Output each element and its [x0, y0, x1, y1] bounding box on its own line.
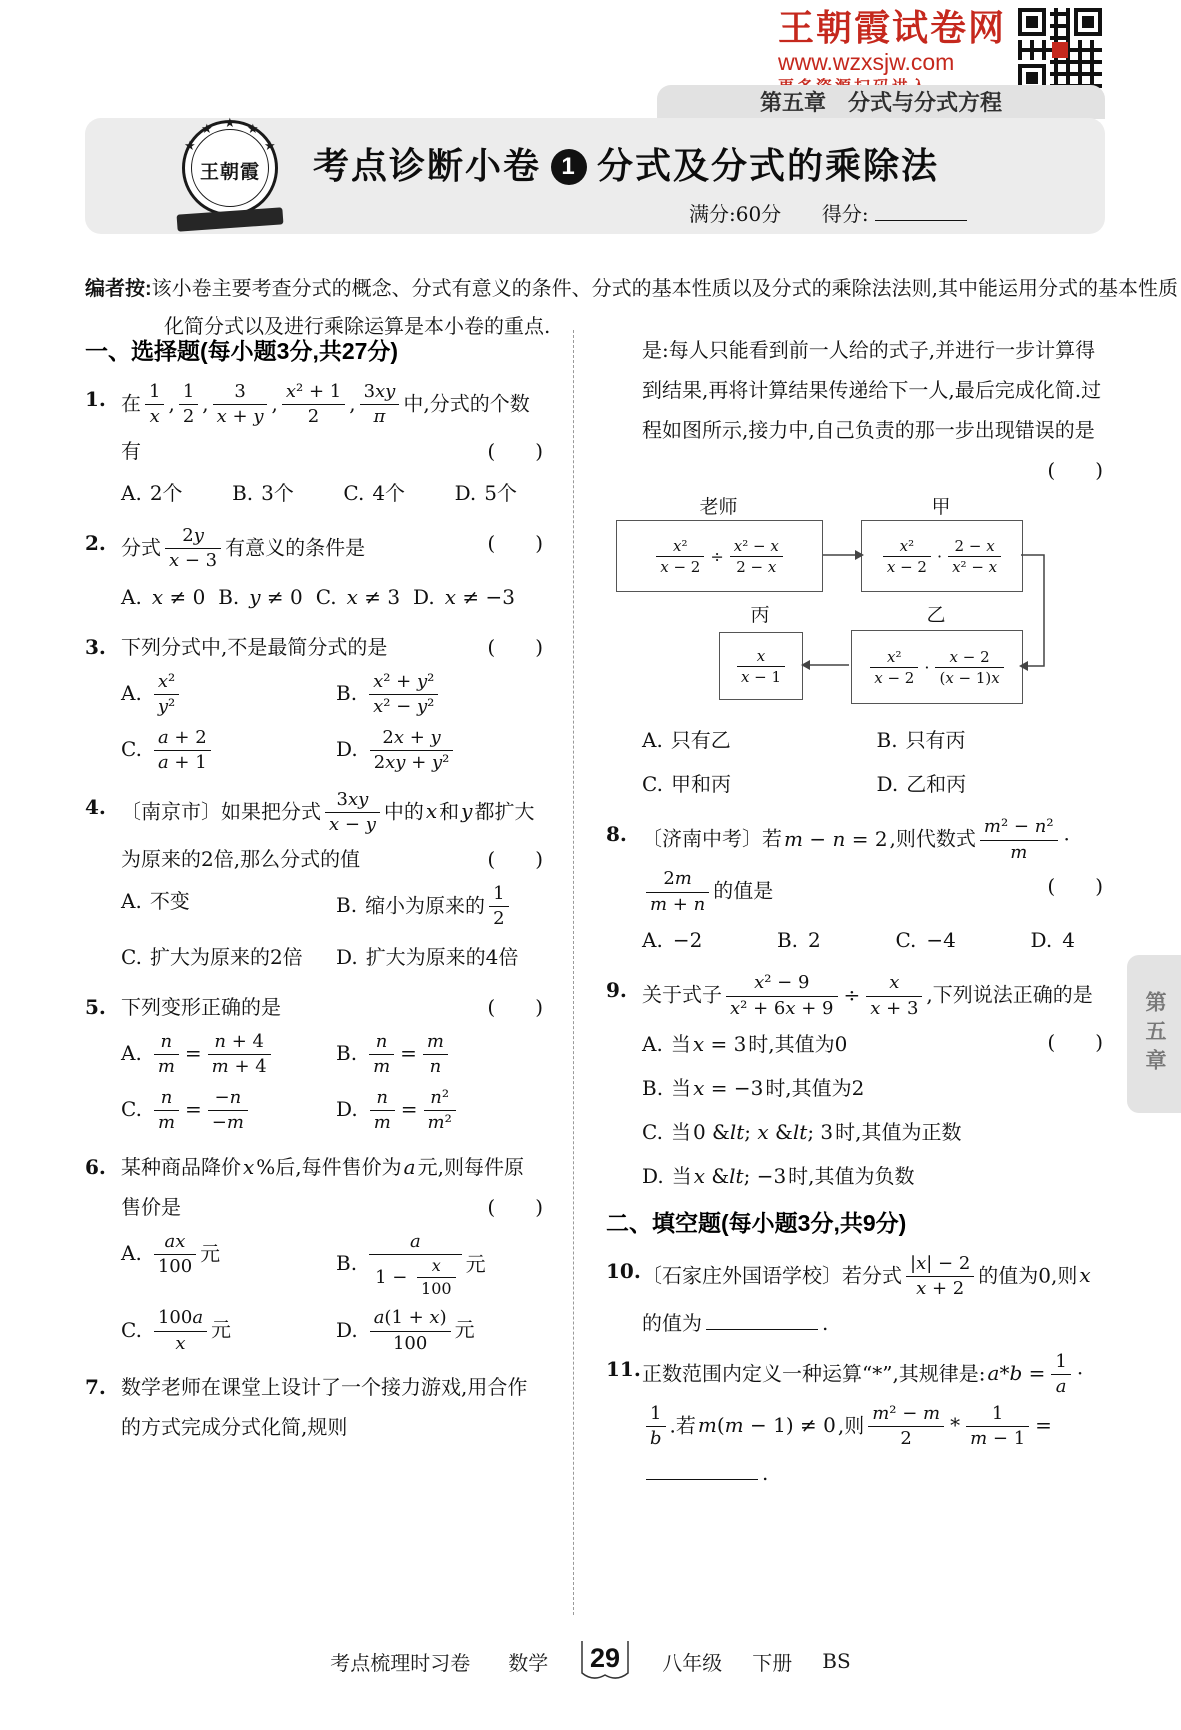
math-run: x — [1079, 1263, 1090, 1287]
question-number: 9. — [606, 970, 642, 1200]
score-blank — [875, 218, 967, 221]
fraction-numerator: 3xy — [325, 789, 380, 814]
site-name: 王朝霞试卷网 — [778, 8, 1006, 48]
text-run: 是:每人只能看到前一人给的式子,并进行一步计算得到结果,再将计算结果传递给下一人… — [642, 338, 1101, 442]
text-run: , — [168, 391, 174, 415]
text-run: 2个 — [150, 481, 183, 505]
question-body: 下列变形正确的是( )A.nm=n + 4m + 4B.nm=mnC.nm=−n… — [121, 987, 543, 1141]
fraction-denominator: x — [154, 1332, 207, 1356]
text-run: 元 — [211, 1318, 231, 1342]
text-run: 只有乙 — [671, 728, 731, 752]
option: B.a1 − x100元 — [336, 1229, 543, 1302]
option: D.a(1 + x)100元 — [336, 1305, 543, 1357]
option: B.x² + y²x² − y² — [336, 669, 543, 721]
side-chapter-label: 第五章 — [1139, 991, 1169, 1078]
badge-ribbon — [177, 207, 284, 231]
fraction-numerator: x — [417, 1256, 456, 1278]
math-run: x ≠ −3 — [445, 585, 515, 609]
math-run: 1 − — [375, 1267, 413, 1288]
text-run: 只有丙 — [906, 728, 966, 752]
option: A.x ≠ 0 — [121, 577, 207, 617]
math-run: * — [950, 1413, 960, 1437]
text-run: 有意义的条件是 — [225, 535, 365, 559]
options: A.ax100元B.a1 − x100元C.100ax元D.a(1 + x)10… — [121, 1229, 543, 1358]
text-run: 时,其值为负数 — [788, 1164, 914, 1188]
fraction-denominator: 100 — [154, 1255, 196, 1279]
question-number: 8. — [606, 814, 642, 964]
fraction: ax100 — [154, 1231, 196, 1279]
option: A.x²y² — [121, 669, 328, 721]
text-run: 当 — [671, 1076, 691, 1100]
fraction-numerator: n + 4 — [208, 1031, 271, 1056]
option-label: C. — [121, 737, 142, 761]
option: C.nm=−n−m — [121, 1085, 328, 1137]
question-body: 数学老师在课堂上设计了一个接力游戏,用合作的方式完成分式化简,规则 — [121, 1367, 543, 1447]
question: 6.某种商品降价x%后,每件售价为a元,则每件原售价是( )A.ax100元B.… — [85, 1147, 543, 1362]
fraction-denominator: 100 — [370, 1332, 451, 1356]
option-label: B. — [218, 585, 239, 609]
fraction-numerator: 1 — [179, 381, 198, 406]
option: D.当x &lt; −3时,其值为负数 — [642, 1156, 1039, 1196]
text-run: %后,每件售价为 — [256, 1155, 401, 1179]
option: D.nm=n²m² — [336, 1085, 543, 1137]
answer-blank — [706, 1327, 818, 1330]
text-run: , — [349, 391, 355, 415]
option-label: D. — [336, 1097, 358, 1121]
math-run: y ≠ 0 — [249, 585, 303, 609]
fraction: mn — [423, 1031, 448, 1079]
question: 7.数学老师在课堂上设计了一个接力游戏,用合作的方式完成分式化简,规则 — [85, 1367, 543, 1447]
question-stem: 正数范围内定义一种运算“*”,其规律是:a*b =1a·1b.若m(m − 1)… — [642, 1349, 1103, 1493]
option: C.甲和丙 — [642, 764, 869, 804]
question-body: 关于式子x² − 9x² + 6x + 9÷xx + 3,下列说法正确的是( )… — [642, 970, 1103, 1200]
answer-paren: ( ) — [487, 523, 543, 563]
page-title: 考点诊断小卷1分式及分式的乘除法 — [313, 138, 939, 189]
options: A.x ≠ 0B.y ≠ 0C.x ≠ 3D.x ≠ −3 — [121, 577, 543, 617]
fraction-numerator: −n — [208, 1087, 248, 1112]
fraction-numerator: 100a — [154, 1307, 207, 1332]
qr-code-icon — [1018, 8, 1102, 92]
circled-number-icon: 1 — [551, 149, 587, 185]
section-heading: 二、填空题(每小题3分,共9分) — [606, 1206, 1103, 1241]
fraction-numerator: a + 2 — [154, 727, 211, 752]
options: A.只有乙B.只有丙C.甲和丙D.乙和丙 — [642, 720, 1103, 804]
fraction-denominator: m — [980, 841, 1058, 865]
question-number: 4. — [85, 787, 121, 981]
question-stem: 是:每人只能看到前一人给的式子,并进行一步计算得到结果,再将计算结果传递给下一人… — [642, 330, 1103, 450]
fraction-denominator: m + 4 — [208, 1055, 271, 1079]
question-number: 6. — [85, 1147, 121, 1362]
footer-grade: 八年级 — [662, 1647, 722, 1676]
option: A.−2 — [642, 920, 704, 960]
fraction: m² − m2 — [868, 1403, 944, 1451]
option-label: B. — [336, 681, 357, 705]
options: A.x²y²B.x² + y²x² − y²C.a + 2a + 1D.2x +… — [121, 669, 543, 777]
option-label: A. — [121, 1041, 142, 1065]
answer-paren: ( ) — [1047, 866, 1103, 906]
badge-circle-icon: ★ ★ ★ ★ ★ 王朝霞 — [182, 120, 278, 216]
text-run: .若 — [670, 1413, 696, 1437]
fraction: x² + y²x² − y² — [369, 671, 438, 719]
page-number: 29 — [590, 1643, 620, 1673]
fraction: 100ax — [154, 1307, 207, 1355]
fraction-denominator: x + y — [213, 405, 268, 429]
fraction: x²y² — [154, 671, 179, 719]
fraction-numerator: 2x + y — [370, 727, 454, 752]
fraction-numerator: 1 — [1051, 1351, 1070, 1376]
text-run: 和 — [439, 799, 459, 823]
text-run: 扩大为原来的2倍 — [150, 945, 303, 969]
question-number — [606, 718, 642, 808]
question-body: 下列分式中,不是最简分式的是( )A.x²y²B.x² + y²x² − y²C… — [121, 627, 543, 781]
fraction: x² + 12 — [282, 381, 345, 429]
question-stem: 下列分式中,不是最简分式的是( ) — [121, 627, 543, 667]
fraction-numerator: n — [154, 1031, 179, 1056]
paper-header: ★ ★ ★ ★ ★ 王朝霞 考点诊断小卷1分式及分式的乘除法 满分:60分 得分… — [85, 118, 1105, 234]
fraction-denominator: x — [145, 405, 164, 429]
fraction-numerator: 1 — [646, 1403, 666, 1428]
math-run: −2 — [673, 928, 702, 952]
footer-volume: 下册 — [752, 1647, 792, 1676]
question-number: 1. — [85, 379, 121, 517]
option-label: A. — [642, 1032, 663, 1056]
fraction: nm — [154, 1087, 179, 1135]
math-run: · — [1077, 1361, 1083, 1385]
site-url: www.wzxsjw.com — [778, 50, 954, 76]
text-run: 的值为 — [642, 1311, 702, 1335]
fraction-denominator: n — [423, 1055, 448, 1079]
question-continuation: 是:每人只能看到前一人给的式子,并进行一步计算得到结果,再将计算结果传递给下一人… — [606, 330, 1103, 490]
fraction: 2yx − 3 — [165, 525, 221, 573]
fraction-numerator: 1 — [966, 1403, 1029, 1428]
option-label: B. — [777, 928, 798, 952]
fraction-numerator: 2y — [165, 525, 221, 550]
text-run: 时,其值为正数 — [835, 1120, 961, 1144]
fraction-denominator: 2 — [179, 405, 198, 429]
fraction: a1 − x100 — [369, 1231, 462, 1300]
math-run: 0 &lt; x &lt; 3 — [693, 1120, 833, 1144]
fraction-denominator: x² + 6x + 9 — [726, 997, 838, 1021]
question: 9.关于式子x² − 9x² + 6x + 9÷xx + 3,下列说法正确的是(… — [606, 970, 1103, 1200]
fraction: x² − 9x² + 6x + 9 — [726, 972, 838, 1020]
question-body: 某种商品降价x%后,每件售价为a元,则每件原售价是( )A.ax100元B.a1… — [121, 1147, 543, 1362]
option-label: A. — [121, 481, 142, 505]
fraction: 3xyx − y — [325, 789, 380, 837]
option-label: B. — [877, 728, 898, 752]
question-stem: 〔南京市〕如果把分式3xyx − y中的x和y都扩大为原来的2倍,那么分式的值(… — [121, 787, 543, 879]
fraction-denominator: a — [1051, 1375, 1070, 1399]
option-label: B. — [336, 893, 357, 917]
text-run: 正数范围内定义一种运算“*”,其规律是: — [642, 1361, 986, 1385]
option: C.当0 &lt; x &lt; 3时,其值为正数 — [642, 1112, 1039, 1152]
option: D.4 — [1031, 920, 1077, 960]
question-stem: 下列变形正确的是( ) — [121, 987, 543, 1027]
question-body: 〔石家庄外国语学校〕若分式|x| − 2x + 2的值为0,则x的值为. — [642, 1251, 1103, 1343]
question-stem: 关于式子x² − 9x² + 6x + 9÷xx + 3,下列说法正确的是( ) — [642, 970, 1103, 1022]
option: C.a + 2a + 1 — [121, 725, 328, 777]
question-number: 3. — [85, 627, 121, 781]
fraction: nm — [370, 1087, 395, 1135]
title-main: 分式及分式的乘除法 — [597, 145, 939, 186]
text-run: 下列分式中,不是最简分式的是 — [121, 635, 387, 659]
site-banner: 王朝霞试卷网 www.wzxsjw.com 更多资源扫码进入 → — [778, 8, 1102, 97]
math-run: x — [243, 1155, 254, 1179]
question: 5.下列变形正确的是( )A.nm=n + 4m + 4B.nm=mnC.nm=… — [85, 987, 543, 1141]
fraction-numerator: 1 — [489, 883, 508, 908]
text-run: 的值为0,则 — [978, 1263, 1077, 1287]
fraction-numerator: m² − m — [868, 1403, 944, 1428]
option: B.当x = −3时,其值为2 — [642, 1068, 1039, 1108]
footer-series: 考点梳理时习卷 — [330, 1647, 470, 1676]
fraction-denominator: 2 — [868, 1427, 944, 1451]
fraction-numerator: ax — [154, 1231, 196, 1256]
fraction-denominator: m² — [424, 1111, 456, 1135]
question: 10.〔石家庄外国语学校〕若分式|x| − 2x + 2的值为0,则x的值为. — [606, 1251, 1103, 1343]
math-run: = — [185, 1097, 202, 1121]
fraction: nm — [369, 1031, 394, 1079]
fraction-denominator: 100 — [417, 1278, 456, 1299]
fraction: 1b — [646, 1403, 666, 1451]
fraction-numerator: m² − n² — [980, 816, 1058, 841]
question-stem: 〔济南中考〕若m − n = 2,则代数式m² − n²m·2mm + n的值是… — [642, 814, 1103, 918]
math-run: m − n = 2 — [784, 827, 888, 851]
answer-paren: ( ) — [487, 1187, 543, 1227]
option-label: C. — [316, 585, 337, 609]
text-run: 关于式子 — [642, 983, 722, 1007]
fraction-denominator: m + n — [646, 893, 709, 917]
math-run: = — [400, 1041, 417, 1065]
fraction-denominator: x + 3 — [866, 997, 922, 1021]
fraction-numerator: m — [423, 1031, 448, 1056]
option: A.只有乙 — [642, 720, 869, 760]
option-label: A. — [642, 928, 663, 952]
math-run: −4 — [926, 928, 955, 952]
option-label: B. — [336, 1251, 357, 1275]
fraction-numerator: a(1 + x) — [370, 1307, 451, 1332]
option-label: D. — [877, 772, 899, 796]
fraction-denominator: π — [360, 405, 400, 429]
math-run: 4 — [1062, 928, 1075, 952]
math-run: = — [401, 1097, 418, 1121]
option-label: A. — [121, 889, 142, 913]
answer-paren: ( ) — [1047, 1022, 1103, 1062]
option: B.y ≠ 0 — [218, 577, 305, 617]
question: 4.〔南京市〕如果把分式3xyx − y中的x和y都扩大为原来的2倍,那么分式的… — [85, 787, 543, 981]
math-run: = — [185, 1041, 202, 1065]
option: C.4个 — [343, 473, 405, 513]
text-run: 下列变形正确的是 — [121, 995, 281, 1019]
option: A.不变 — [121, 881, 328, 933]
badge-name: 王朝霞 — [185, 157, 275, 184]
text-run: 元 — [200, 1241, 220, 1265]
option-label: C. — [642, 772, 663, 796]
brand-badge: ★ ★ ★ ★ ★ 王朝霞 — [180, 120, 280, 232]
option-label: D. — [336, 945, 358, 969]
text-run: 〔南京市〕如果把分式 — [121, 799, 321, 823]
section-heading: 一、选择题(每小题3分,共27分) — [85, 334, 543, 369]
options: A.不变B.缩小为原来的12C.扩大为原来的2倍D.扩大为原来的4倍 — [121, 881, 543, 977]
option-label: C. — [895, 928, 916, 952]
fraction-denominator: −m — [208, 1111, 248, 1135]
fraction-denominator: x − y — [325, 813, 380, 837]
math-run: x ≠ 3 — [347, 585, 400, 609]
fraction-numerator: n² — [424, 1087, 456, 1112]
text-run: 在 — [121, 391, 141, 415]
option: B.缩小为原来的12 — [336, 881, 543, 933]
question-number: 2. — [85, 523, 121, 621]
option-label: C. — [642, 1120, 663, 1144]
fraction-numerator: 3xy — [360, 381, 400, 406]
math-run: 2 — [808, 928, 821, 952]
fraction-numerator: a — [369, 1231, 462, 1256]
fraction-numerator: n — [370, 1087, 395, 1112]
math-run: x &lt; −3 — [694, 1164, 786, 1188]
question-stem: 〔石家庄外国语学校〕若分式|x| − 2x + 2的值为0,则x的值为. — [642, 1251, 1103, 1343]
page-number-book-icon: 29 — [578, 1638, 632, 1684]
option: A.2个 — [121, 473, 183, 513]
option: C.−4 — [895, 920, 957, 960]
math-run: x — [426, 799, 437, 823]
fraction-numerator: x² + 1 — [282, 381, 345, 406]
text-run: . — [762, 1461, 768, 1485]
option-label: D. — [336, 737, 358, 761]
fraction: |x| − 2x + 2 — [906, 1253, 974, 1301]
math-run: y — [461, 799, 472, 823]
fraction-numerator: 2m — [646, 868, 709, 893]
option: C.x ≠ 3 — [316, 577, 402, 617]
fraction: m² − n²m — [980, 816, 1058, 864]
footer-subject: 数学 — [508, 1647, 548, 1676]
question-body: A.只有乙B.只有丙C.甲和丙D.乙和丙 — [642, 718, 1103, 808]
question: 2.分式2yx − 3有意义的条件是( )A.x ≠ 0B.y ≠ 0C.x ≠… — [85, 523, 543, 621]
math-run: · — [1064, 827, 1070, 851]
question-body: 〔南京市〕如果把分式3xyx − y中的x和y都扩大为原来的2倍,那么分式的值(… — [121, 787, 543, 981]
option-label: D. — [336, 1318, 358, 1342]
question: 11.正数范围内定义一种运算“*”,其规律是:a*b =1a·1b.若m(m −… — [606, 1349, 1103, 1493]
option: D.2x + y2xy + y² — [336, 725, 543, 777]
question: 1.在1x,12,3x + y,x² + 12,3xyπ中,分式的个数有( )A… — [85, 379, 543, 517]
fraction: 3xyπ — [360, 381, 400, 429]
math-run: x = 3 — [693, 1032, 746, 1056]
fraction-denominator: a + 1 — [154, 751, 211, 775]
fraction: 2mm + n — [646, 868, 709, 916]
fraction: nm — [154, 1031, 179, 1079]
text-run: 当 — [671, 1032, 691, 1056]
option-label: B. — [642, 1076, 663, 1100]
option-label: A. — [121, 585, 142, 609]
option-label: D. — [455, 481, 477, 505]
footer-edition: BS — [822, 1649, 850, 1673]
question-body: 正数范围内定义一种运算“*”,其规律是:a*b =1a·1b.若m(m − 1)… — [642, 1349, 1103, 1493]
right-column: 是:每人只能看到前一人给的式子,并进行一步计算得到结果,再将计算结果传递给下一人… — [606, 330, 1103, 1615]
text-run: ,下列说法正确的是 — [926, 983, 1092, 1007]
question-stem: 数学老师在课堂上设计了一个接力游戏,用合作的方式完成分式化简,规则 — [121, 1367, 543, 1447]
answer-blank — [646, 1477, 758, 1480]
text-run: 乙和丙 — [906, 772, 966, 796]
fraction-numerator: x — [866, 972, 922, 997]
option-label: D. — [413, 585, 435, 609]
title-prefix: 考点诊断小卷 — [313, 145, 541, 186]
options: A.2个B.3个C.4个D.5个 — [121, 473, 543, 513]
question-number: 11. — [606, 1349, 642, 1493]
option: C.100ax元 — [121, 1305, 328, 1357]
text-run: ,则 — [838, 1413, 864, 1437]
option: D.乙和丙 — [877, 764, 1104, 804]
option: B.2 — [777, 920, 823, 960]
fraction-denominator: 1 − x100 — [369, 1255, 462, 1299]
question-body: 在1x,12,3x + y,x² + 12,3xyπ中,分式的个数有( )A.2… — [121, 379, 543, 517]
options: A.−2B.2C.−4D.4 — [642, 920, 1103, 960]
option: C.扩大为原来的2倍 — [121, 937, 328, 977]
option-label: C. — [121, 945, 142, 969]
option-label: A. — [121, 681, 142, 705]
text-run: 数学老师在课堂上设计了一个接力游戏,用合作的方式完成分式化简,规则 — [121, 1375, 527, 1439]
text-run: 4个 — [372, 481, 405, 505]
fraction: 12 — [489, 883, 508, 931]
option-label: B. — [232, 481, 253, 505]
math-run: = — [1035, 1413, 1052, 1437]
option-label: C. — [343, 481, 364, 505]
answer-paren: ( ) — [487, 987, 543, 1027]
fraction: xx + 3 — [866, 972, 922, 1020]
question-stem: 某种商品降价x%后,每件售价为a元,则每件原售价是( ) — [121, 1147, 543, 1227]
option: A.ax100元 — [121, 1229, 328, 1302]
fraction: a + 2a + 1 — [154, 727, 211, 775]
question: 8.〔济南中考〕若m − n = 2,则代数式m² − n²m·2mm + n的… — [606, 814, 1103, 964]
full-score-label: 满分:60分 — [689, 202, 781, 226]
option-label: D. — [642, 1164, 664, 1188]
math-run: m(m − 1) ≠ 0 — [698, 1413, 836, 1437]
relay-game-diagram: 老师x²x − 2÷x² − x2 − x甲x²x − 2·2 − xx² − … — [616, 496, 1058, 710]
fraction-numerator: x² + y² — [369, 671, 438, 696]
option: D.5个 — [455, 473, 517, 513]
score-line: 满分:60分 得分: — [689, 198, 967, 227]
text-run: 中的 — [384, 799, 424, 823]
text-run: 5个 — [484, 481, 517, 505]
fraction-denominator: x² − y² — [369, 695, 438, 719]
question: 3.下列分式中,不是最简分式的是( )A.x²y²B.x² + y²x² − y… — [85, 627, 543, 781]
text-run: 缩小为原来的 — [365, 893, 485, 917]
fraction-numerator: 3 — [213, 381, 268, 406]
fraction: 1m − 1 — [966, 1403, 1029, 1451]
fraction: 1x — [145, 381, 164, 429]
editor-note-text: 该小卷主要考查分式的概念、分式有意义的条件、分式的基本性质以及分式的乘除法法则,… — [152, 276, 1178, 338]
content-columns: 一、选择题(每小题3分,共27分)1.在1x,12,3x + y,x² + 12… — [85, 330, 1103, 1615]
option: A.当x = 3时,其值为0 — [642, 1024, 1039, 1064]
text-run: 某种商品降价 — [121, 1155, 241, 1179]
question-body: 是:每人只能看到前一人给的式子,并进行一步计算得到结果,再将计算结果传递给下一人… — [642, 330, 1103, 490]
fraction-numerator: n — [369, 1031, 394, 1056]
text-run: 的值是 — [713, 879, 773, 903]
option: B.nm=mn — [336, 1029, 543, 1081]
text-run: 当 — [672, 1164, 692, 1188]
fraction-numerator: |x| − 2 — [906, 1253, 974, 1278]
fraction: 1a — [1051, 1351, 1070, 1399]
fraction-denominator: 2xy + y² — [370, 751, 454, 775]
editor-note-label: 编者按: — [85, 278, 152, 300]
text-run: , — [271, 391, 277, 415]
math-run: a — [404, 1155, 416, 1179]
site-brand: 王朝霞试卷网 www.wzxsjw.com 更多资源扫码进入 → — [778, 8, 1006, 97]
text-run: 〔济南中考〕若 — [642, 827, 782, 851]
math-run: x ≠ 0 — [152, 585, 205, 609]
fraction-denominator: m — [370, 1111, 395, 1135]
answer-paren: ( ) — [487, 627, 543, 667]
text-run: 元 — [466, 1251, 486, 1275]
answer-paren: ( ) — [487, 431, 543, 471]
option: B.只有丙 — [877, 720, 1104, 760]
question-number — [606, 330, 642, 490]
